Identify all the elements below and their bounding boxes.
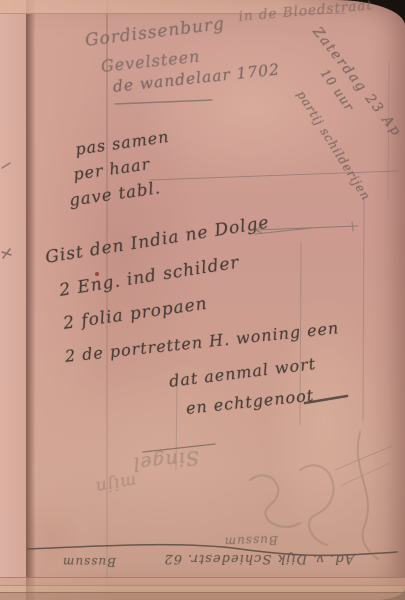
page-edge-strip-left [0, 0, 26, 600]
address-city: Bussum [62, 555, 116, 569]
page-edge-strip-inner [35, 0, 107, 600]
ghost-word-3: Bussum [224, 533, 278, 549]
vertical-crease [106, 0, 108, 600]
notebook-photo: in de Bloedstraat Gordissenburg Gevelste… [0, 0, 405, 600]
address-text: Ad. v. Dijk Schiedestr. 62 [163, 551, 354, 566]
inverted-address: Ad. v. Dijk Schiedestr. 62 Bussum [62, 551, 354, 566]
page-bottom-edge-stack [0, 592, 405, 600]
page-gutter-crease [26, 0, 35, 600]
